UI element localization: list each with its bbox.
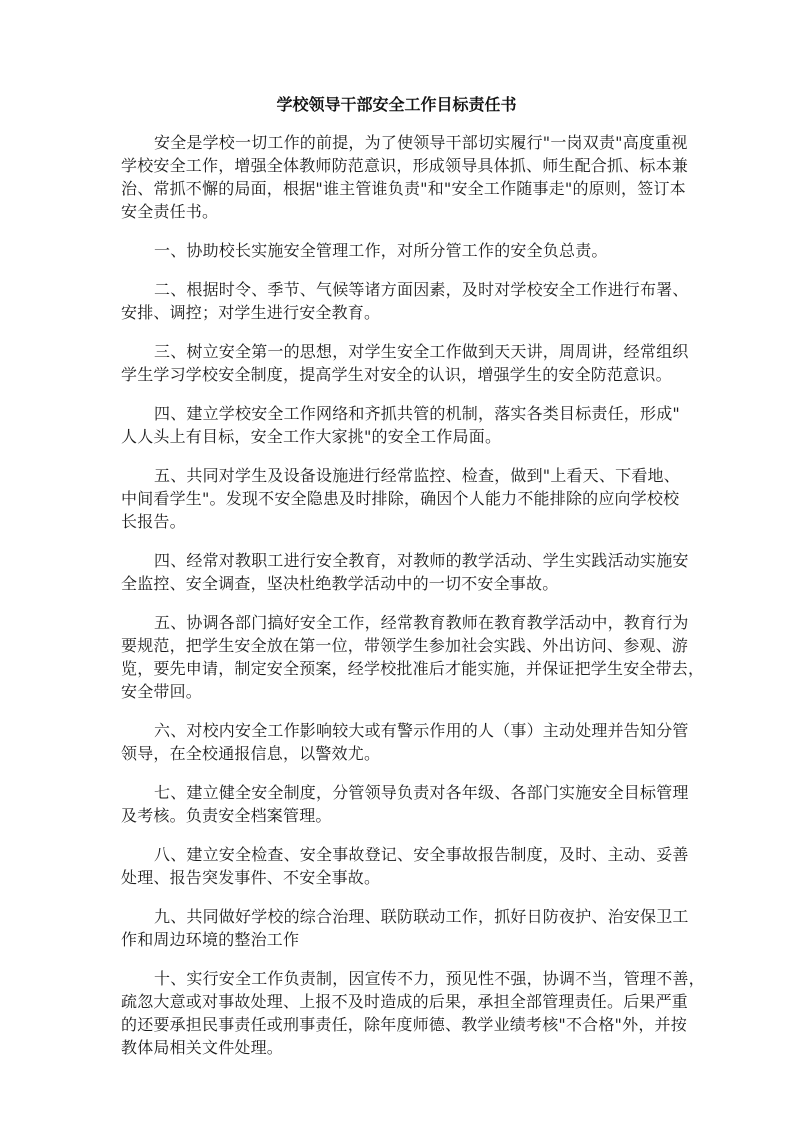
paragraph-line: 安全是学校一切工作的前提，为了使领导干部切实履行"一岗双责"高度重视	[121, 131, 677, 154]
paragraph-line: 作和周边环境的整治工作	[121, 928, 677, 951]
paragraph-line: 长报告。	[121, 510, 677, 533]
paragraph-line: 中间看学生"。发现不安全隐患及时排除，确因个人能力不能排除的应向学校校	[121, 487, 677, 510]
paragraph-line: 安全责任书。	[121, 200, 677, 223]
document-page: 学校领导干部安全工作目标责任书 安全是学校一切工作的前提，为了使领导干部切实履行…	[0, 0, 793, 1122]
paragraph-line: 要规范，把学生安全放在第一位，带领学生参加社会实践、外出访问、参观、游	[121, 634, 677, 657]
paragraph: 四、建立学校安全工作网络和齐抓共管的机制，落实各类目标责任，形成"人人头上有目标…	[121, 402, 677, 448]
paragraph-line: 处理、报告突发事件、不安全事故。	[121, 866, 677, 889]
paragraph-line: 览，要先申请，制定安全预案，经学校批准后才能实施，并保证把学生安全带去，	[121, 657, 677, 680]
paragraph-line: 二、根据时令、季节、气候等诸方面因素，及时对学校安全工作进行布署、	[121, 278, 677, 301]
paragraph-line: 四、经常对教职工进行安全教育，对教师的教学活动、学生实践活动实施安	[121, 549, 677, 572]
paragraph-line: 领导，在全校通报信息，以警效尤。	[121, 742, 677, 765]
paragraph: 五、共同对学生及设备设施进行经常监控、检查，做到"上看天、下看地、中间看学生"。…	[121, 464, 677, 533]
paragraph-line: 安全带回。	[121, 680, 677, 703]
paragraph-line: 人人头上有目标，安全工作大家挑"的安全工作局面。	[121, 425, 677, 448]
paragraph-line: 六、对校内安全工作影响较大或有警示作用的人（事）主动处理并告知分管	[121, 719, 677, 742]
paragraph-line: 五、共同对学生及设备设施进行经常监控、检查，做到"上看天、下看地、	[121, 464, 677, 487]
paragraph-line: 教体局相关文件处理。	[121, 1036, 677, 1059]
document-title: 学校领导干部安全工作目标责任书	[0, 94, 793, 116]
paragraph-line: 一、协助校长实施安全管理工作，对所分管工作的安全负总责。	[121, 239, 677, 262]
paragraph-line: 三、树立安全第一的思想，对学生安全工作做到天天讲，周周讲，经常组织	[121, 340, 677, 363]
paragraph: 一、协助校长实施安全管理工作，对所分管工作的安全负总责。	[121, 239, 677, 262]
paragraph-line: 安排、调控；对学生进行安全教育。	[121, 301, 677, 324]
paragraph-line: 九、共同做好学校的综合治理、联防联动工作，抓好日防夜护、治安保卫工	[121, 905, 677, 928]
document-body: 安全是学校一切工作的前提，为了使领导干部切实履行"一岗双责"高度重视学校安全工作…	[121, 131, 677, 1075]
paragraph: 七、建立健全安全制度，分管领导负责对各年级、各部门实施安全目标管理及考核。负责安…	[121, 781, 677, 827]
paragraph: 二、根据时令、季节、气候等诸方面因素，及时对学校安全工作进行布署、安排、调控；对…	[121, 278, 677, 324]
paragraph-line: 及考核。负责安全档案管理。	[121, 804, 677, 827]
paragraph: 五、协调各部门搞好安全工作，经常教育教师在教育教学活动中，教育行为要规范，把学生…	[121, 611, 677, 703]
paragraph-line: 八、建立安全检查、安全事故登记、安全事故报告制度，及时、主动、妥善	[121, 843, 677, 866]
paragraph: 八、建立安全检查、安全事故登记、安全事故报告制度，及时、主动、妥善处理、报告突发…	[121, 843, 677, 889]
paragraph: 十、实行安全工作负责制，因宣传不力，预见性不强，协调不当，管理不善，疏忽大意或对…	[121, 967, 677, 1059]
paragraph: 九、共同做好学校的综合治理、联防联动工作，抓好日防夜护、治安保卫工作和周边环境的…	[121, 905, 677, 951]
paragraph-line: 疏忽大意或对事故处理、上报不及时造成的后果，承担全部管理责任。后果严重	[121, 990, 677, 1013]
paragraph: 安全是学校一切工作的前提，为了使领导干部切实履行"一岗双责"高度重视学校安全工作…	[121, 131, 677, 223]
paragraph-line: 学生学习学校安全制度，提高学生对安全的认识，增强学生的安全防范意识。	[121, 363, 677, 386]
paragraph: 四、经常对教职工进行安全教育，对教师的教学活动、学生实践活动实施安全监控、安全调…	[121, 549, 677, 595]
paragraph-line: 的还要承担民事责任或刑事责任，除年度师德、教学业绩考核"不合格"外，并按	[121, 1013, 677, 1036]
paragraph: 三、树立安全第一的思想，对学生安全工作做到天天讲，周周讲，经常组织学生学习学校安…	[121, 340, 677, 386]
paragraph-line: 五、协调各部门搞好安全工作，经常教育教师在教育教学活动中，教育行为	[121, 611, 677, 634]
paragraph: 六、对校内安全工作影响较大或有警示作用的人（事）主动处理并告知分管领导，在全校通…	[121, 719, 677, 765]
paragraph-line: 全监控、安全调查，坚决杜绝教学活动中的一切不安全事故。	[121, 572, 677, 595]
paragraph-line: 十、实行安全工作负责制，因宣传不力，预见性不强，协调不当，管理不善，	[121, 967, 677, 990]
paragraph-line: 四、建立学校安全工作网络和齐抓共管的机制，落实各类目标责任，形成"	[121, 402, 677, 425]
paragraph-line: 治、常抓不懈的局面，根据"谁主管谁负责"和"安全工作随事走"的原则，签订本	[121, 177, 677, 200]
paragraph-line: 七、建立健全安全制度，分管领导负责对各年级、各部门实施安全目标管理	[121, 781, 677, 804]
paragraph-line: 学校安全工作，增强全体教师防范意识，形成领导具体抓、师生配合抓、标本兼	[121, 154, 677, 177]
